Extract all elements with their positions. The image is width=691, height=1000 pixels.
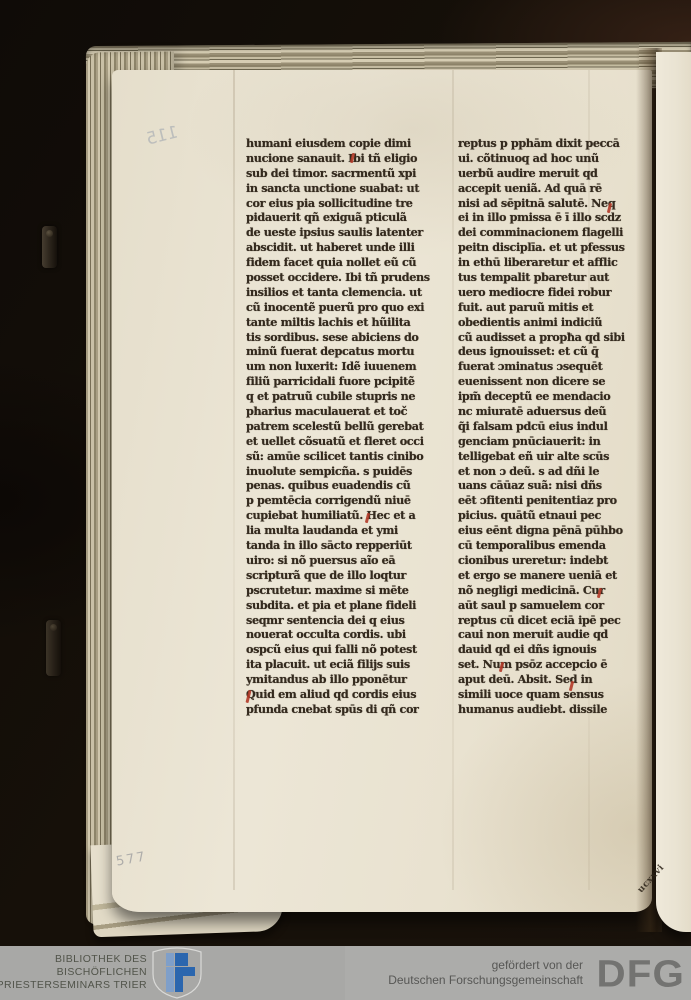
library-name: BIBLIOTHEK DESBISCHÖFLICHENPRIESTERSEMIN… bbox=[0, 953, 147, 992]
manuscript-line: subdita. et pia et plane fideli bbox=[246, 598, 448, 613]
manuscript-line: euenissent non dicere se bbox=[458, 374, 636, 389]
funder-banner: gefördert von derDeutschen Forschungsgem… bbox=[345, 946, 691, 1000]
manuscript-line: seqmr sentencia dei q eius bbox=[246, 613, 448, 628]
manuscript-line: cionibus ureretur: indebt bbox=[458, 553, 636, 568]
manuscript-line: dei comminacionem flagelli bbox=[458, 225, 636, 240]
text-column-right: reptus p pphām dixit peccāui. cõtinuoq a… bbox=[458, 136, 636, 717]
library-name-line: PRIESTERSEMINARS TRIER bbox=[0, 979, 147, 992]
manuscript-line: pfunda cnebat spūs di qñ cor bbox=[246, 702, 448, 717]
manuscript-line: nouerat occulta cordis. ubi bbox=[246, 627, 448, 642]
manuscript-line: set. Num psōz accepcio ē bbox=[458, 657, 636, 672]
open-codex: humani eiusdem copie diminucione sanauit… bbox=[0, 0, 691, 1000]
binding-clasp-top bbox=[42, 226, 57, 268]
manuscript-line: de ueste ipsius saulis latenter bbox=[246, 225, 448, 240]
shield-cross-icon bbox=[149, 946, 205, 1000]
manuscript-line: abscidit. ut haberet unde illi bbox=[246, 240, 448, 255]
manuscript-line: ipm̃ deceptũ ee mendacio bbox=[458, 389, 636, 404]
manuscript-line: nc miuratē aduersus deũ bbox=[458, 404, 636, 419]
manuscript-line: patrem scelestũ bellũ gerebat bbox=[246, 419, 448, 434]
manuscript-line: ospcũ eius qui falli nõ potest bbox=[246, 642, 448, 657]
manuscript-line: accepit ueniã. Ad quā rē bbox=[458, 181, 636, 196]
manuscript-line: posset occidere. Ibi tñ prudens bbox=[246, 270, 448, 285]
manuscript-line: pharius maculauerat et toč bbox=[246, 404, 448, 419]
manuscript-line: um non luxerit: Idẽ iuuenem bbox=[246, 359, 448, 374]
text-column-left: humani eiusdem copie diminucione sanauit… bbox=[246, 136, 448, 717]
manuscript-line: telligebat eñ uir alte scūs bbox=[458, 449, 636, 464]
manuscript-line: eēt ɔfitenti penitentiaz pro bbox=[458, 493, 636, 508]
manuscript-line: et ergo se manere ueniā et bbox=[458, 568, 636, 583]
manuscript-line: peitn disciplīa. et ut pfessus bbox=[458, 240, 636, 255]
manuscript-line: et non ɔ deũ. s ad dñi le bbox=[458, 464, 636, 479]
clasp-knob bbox=[46, 230, 53, 237]
library-shield-logo bbox=[149, 946, 205, 1000]
manuscript-line: dauid qd ei dñs ignouis bbox=[458, 642, 636, 657]
manuscript-line: sũ: amūe scilicet tantis cinibo bbox=[246, 449, 448, 464]
manuscript-line: ymitandus ab illo pponētur bbox=[246, 672, 448, 687]
manuscript-line: simili uoce quam sensus bbox=[458, 687, 636, 702]
manuscript-line: inuolute sempicña. s puidēs bbox=[246, 464, 448, 479]
manuscript-line: cor eius pia sollicitudine tre bbox=[246, 196, 448, 211]
manuscript-line: tis sordibus. sese abiciens do bbox=[246, 330, 448, 345]
manuscript-line: nucione sanauit. Ibi tñ eligio bbox=[246, 151, 448, 166]
dfg-logo: DFG bbox=[597, 952, 685, 996]
manuscript-line: eius eēnt digna pēnā pūhbo bbox=[458, 523, 636, 538]
manuscript-line: ui. cõtinuoq ad hoc unũ bbox=[458, 151, 636, 166]
manuscript-line: cū temporalibus emenda bbox=[458, 538, 636, 553]
manuscript-line: aūt saul p samuelem cor bbox=[458, 598, 636, 613]
manuscript-line: genciam pnūciauerit: in bbox=[458, 434, 636, 449]
manuscript-line: scripturã que de illo loqtur bbox=[246, 568, 448, 583]
footer-banner: BIBLIOTHEK DESBISCHÖFLICHENPRIESTERSEMIN… bbox=[0, 946, 691, 1000]
manuscript-line: cũ inocentẽ puerũ pro quo exi bbox=[246, 300, 448, 315]
manuscript-line: in sancta unctione suabat: ut bbox=[246, 181, 448, 196]
manuscript-line: insilios et tanta clemencia. ut bbox=[246, 285, 448, 300]
manuscript-line: in ethū liberaretur et afflic bbox=[458, 255, 636, 270]
manuscript-line: reptus p pphām dixit peccā bbox=[458, 136, 636, 151]
manuscript-line: uero mediocre fidei robur bbox=[458, 285, 636, 300]
manuscript-line: obedientis animi indiciũ bbox=[458, 315, 636, 330]
library-name-line: BISCHÖFLICHEN bbox=[0, 966, 147, 979]
manuscript-line: q̃i falsam pdcū eius indul bbox=[458, 419, 636, 434]
manuscript-line: lia multa laudanda et ymi bbox=[246, 523, 448, 538]
manuscript-line: Quid em aliud qd cordis eius bbox=[246, 687, 448, 702]
facing-page-sliver bbox=[656, 52, 691, 932]
manuscript-line: reptus cū dicet eciā ipē pec bbox=[458, 613, 636, 628]
manuscript-line: uiro: si nõ puersus aĩo eā bbox=[246, 553, 448, 568]
manuscript-line: humanus audiebt. dissile bbox=[458, 702, 636, 717]
manuscript-line: cupiebat humiliatũ. Hec et a bbox=[246, 508, 448, 523]
clasp-knob bbox=[50, 624, 57, 631]
manuscript-line: ita placuit. ut eciã filijs suis bbox=[246, 657, 448, 672]
page-crease-left bbox=[233, 70, 235, 890]
manuscript-line: sub dei timor. sacrmentũ xpi bbox=[246, 166, 448, 181]
manuscript-line: uans cāūaz suã: nisi dñs bbox=[458, 478, 636, 493]
manuscript-line: fuerat ɔminatus ɔsequēt bbox=[458, 359, 636, 374]
manuscript-line: humani eiusdem copie dimi bbox=[246, 136, 448, 151]
library-banner: BIBLIOTHEK DESBISCHÖFLICHENPRIESTERSEMIN… bbox=[0, 946, 345, 1000]
manuscript-line: picius. quātũ etnaui pec bbox=[458, 508, 636, 523]
manuscript-line: uerbũ audire meruit qd bbox=[458, 166, 636, 181]
manuscript-line: tante miltis lachis et hũilita bbox=[246, 315, 448, 330]
manuscript-line: nõ negligi medicinā. Cur bbox=[458, 583, 636, 598]
funder-statement-line: gefördert von der bbox=[388, 958, 583, 973]
manuscript-scan-page: humani eiusdem copie diminucione sanauit… bbox=[0, 0, 691, 1000]
funder-statement-line: Deutschen Forschungsgemeinschaft bbox=[388, 973, 583, 988]
manuscript-line: pscrutetur. maxime si mēte bbox=[246, 583, 448, 598]
manuscript-line: et uellet cõsuatũ et fleret occi bbox=[246, 434, 448, 449]
manuscript-line: tus tempalit pbaretur aut bbox=[458, 270, 636, 285]
page-crease-center bbox=[452, 70, 454, 890]
manuscript-line: pidauerit qñ exiguã pticulã bbox=[246, 210, 448, 225]
manuscript-line: fidem facet quia nollet eũ cũ bbox=[246, 255, 448, 270]
manuscript-line: penas. quibus euadendis cũ bbox=[246, 478, 448, 493]
manuscript-line: p pemtēcia corrigendũ niuē bbox=[246, 493, 448, 508]
manuscript-line: q et patruũ cubile stupris ne bbox=[246, 389, 448, 404]
binding-clasp-bottom bbox=[46, 620, 61, 676]
manuscript-line: tanda in illo sācto repperiūt bbox=[246, 538, 448, 553]
manuscript-line: cũ audisset a propħa qd sibi bbox=[458, 330, 636, 345]
manuscript-line: deus ignouisset: et cũ q̄ bbox=[458, 344, 636, 359]
manuscript-line: filiũ parricidali fuore pcipitẽ bbox=[246, 374, 448, 389]
manuscript-line: aput deū. Absit. Sed in bbox=[458, 672, 636, 687]
funder-statement: gefördert von derDeutschen Forschungsgem… bbox=[388, 958, 583, 988]
manuscript-line: caui non meruit audie qd bbox=[458, 627, 636, 642]
manuscript-line: minũ fuerat depcatus mortu bbox=[246, 344, 448, 359]
manuscript-line: fuit. aut paruũ mitis et bbox=[458, 300, 636, 315]
library-name-line: BIBLIOTHEK DES bbox=[0, 953, 147, 966]
